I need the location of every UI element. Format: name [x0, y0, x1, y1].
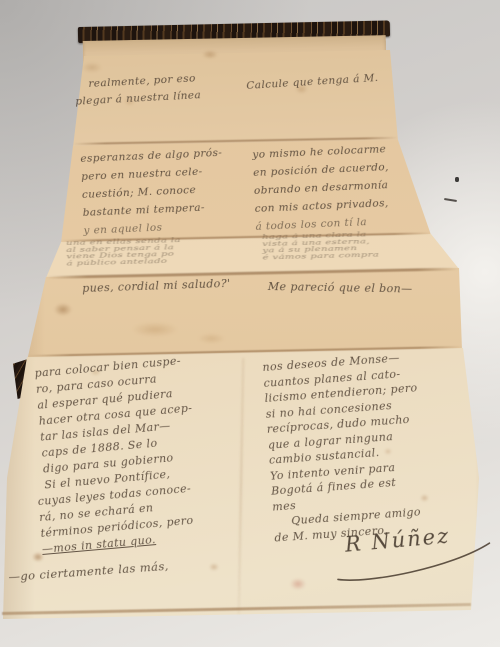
handwriting-block-panel3-right: Me pareció que el bon—	[268, 280, 413, 296]
photograph-of-folded-letter: realmente, por esoplegar á nuestra línea…	[0, 0, 500, 647]
paper-stain	[82, 62, 102, 73]
paper-stain	[202, 50, 218, 59]
paper-stain	[54, 303, 72, 316]
paper-stain	[132, 322, 178, 337]
handwriting-block-panel1-left: realmente, por esoplegar á nuestra línea	[88, 70, 202, 110]
handwriting-line: Me pareció que el bon—	[268, 280, 413, 296]
book-pages-edge	[83, 35, 387, 71]
handwriting-block-panel2-right: yo mismo he colocarmeen posición de acue…	[252, 140, 392, 236]
handwriting-block-panel2-left: esperanzas de algo prós-pero en nuestra …	[80, 144, 226, 240]
paper-stain	[198, 333, 225, 344]
handwriting-block-bottom-left-column: para colocar bien cuspe-ro, para caso oc…	[34, 353, 204, 558]
wall-speck	[455, 177, 459, 182]
paper-stain	[209, 563, 219, 571]
paper-stain	[290, 578, 306, 590]
handwriting-block-bottom-right-column: nos deseos de Monse—cuantos planes al ca…	[262, 349, 428, 545]
